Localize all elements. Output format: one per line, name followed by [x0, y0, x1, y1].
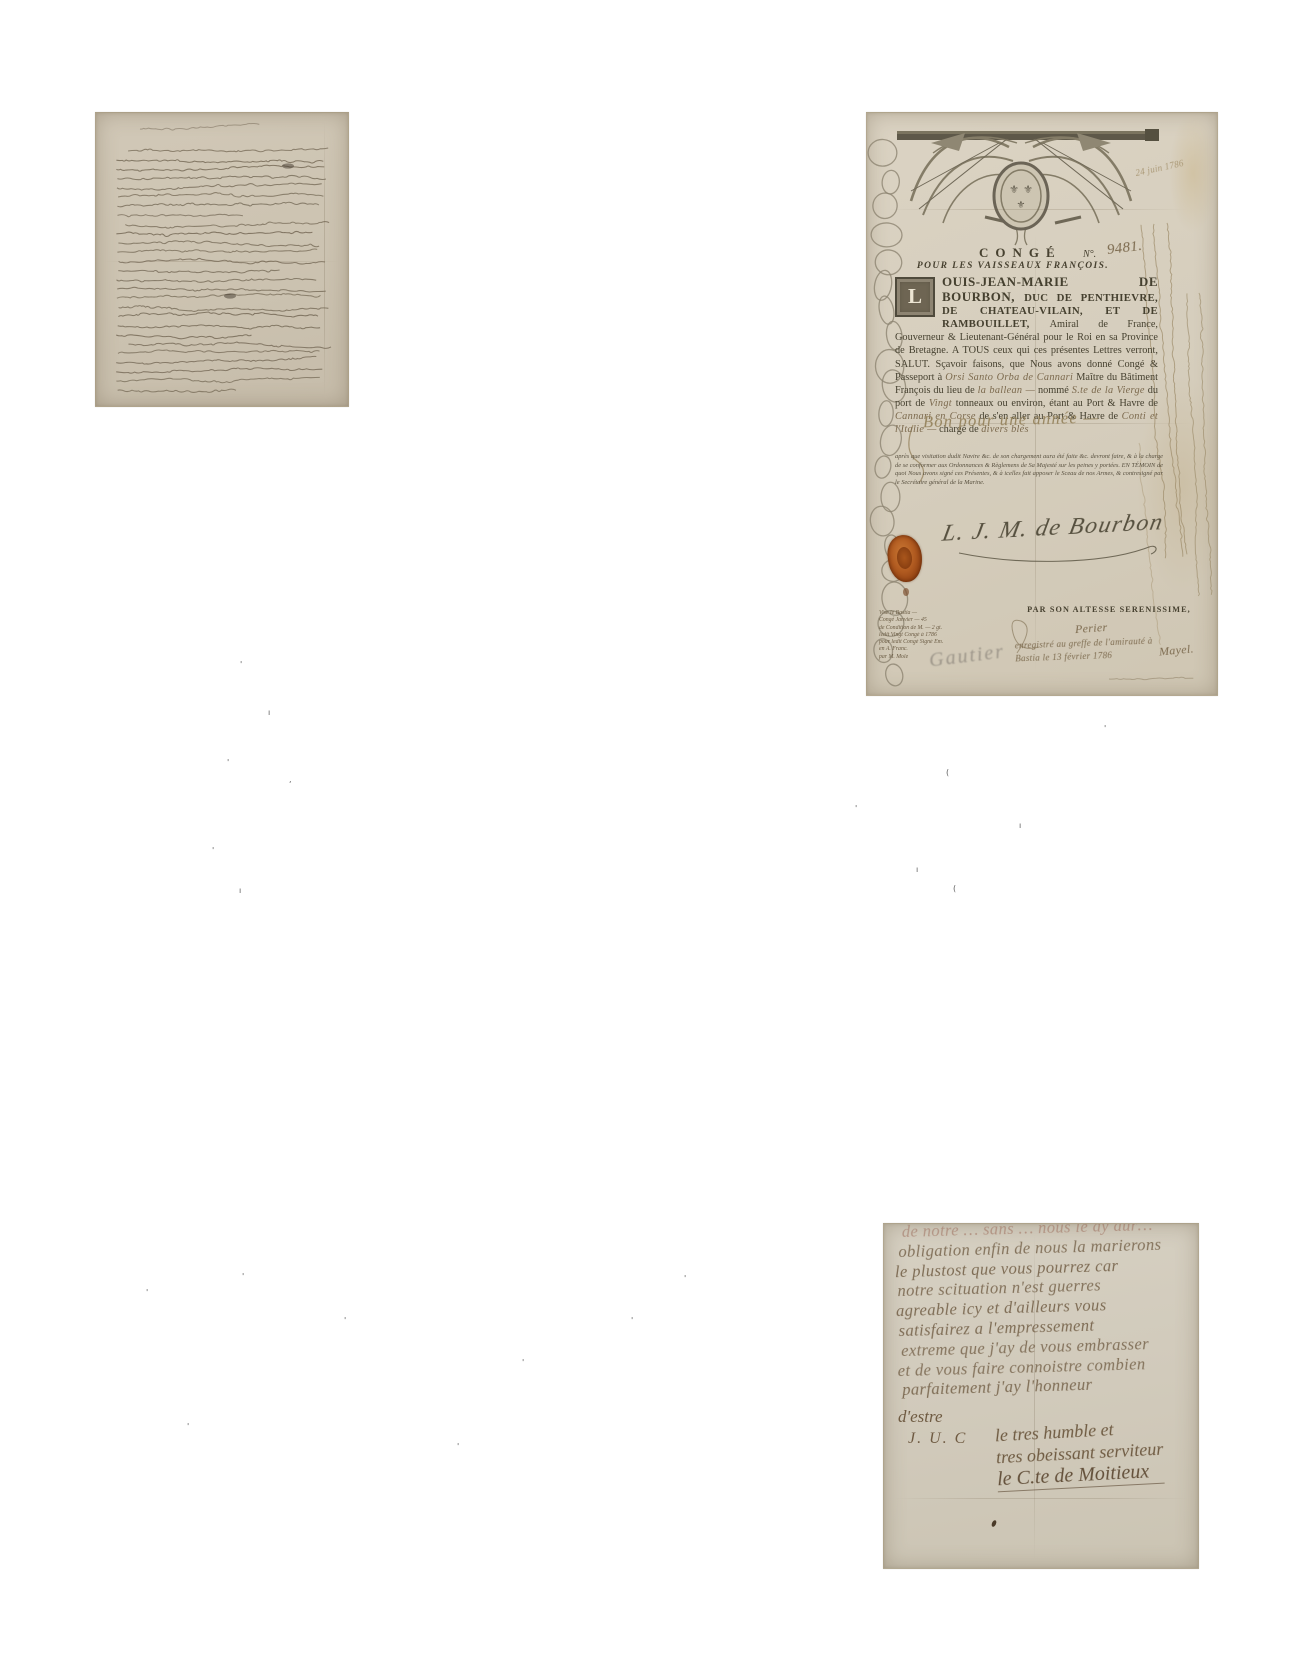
fee-line: Congé Janvier — 45 — [879, 617, 1011, 624]
stray-mark: ' — [855, 804, 857, 813]
dropcap-ornament-box: L — [895, 277, 935, 317]
body-segment: tonneaux ou environ, étant au Port & Hav… — [952, 398, 1158, 409]
stray-mark: ı — [239, 886, 241, 895]
stray-mark: ' — [240, 660, 242, 669]
body-segment: Orsi Santo Orba de Cannari — [945, 372, 1073, 383]
stray-mark: ' — [457, 1442, 459, 1451]
stray-mark: ' — [187, 1422, 189, 1431]
secretary-signature: Perier — [1075, 620, 1108, 637]
conge-subtitle: POUR LES VAISSEAUX FRANÇOIS. — [907, 261, 1119, 271]
stray-mark: ' — [1104, 724, 1106, 733]
stray-mark: ( — [946, 768, 949, 777]
closing-block: le tres humble et tres obeissant servite… — [994, 1416, 1165, 1493]
wax-drip — [903, 588, 909, 596]
fold-crease — [894, 1498, 1188, 1499]
body-segment: Vingt — [929, 398, 952, 409]
conge-fine-print: après que visitation dudit Navire &c. de… — [895, 453, 1163, 487]
closing-word: d'estre — [898, 1407, 943, 1427]
body-segment: nommé — [1035, 385, 1072, 396]
handwritten-letter-top-left — [95, 112, 349, 407]
stray-mark: ' — [344, 1316, 346, 1325]
stray-mark: ı — [1019, 821, 1021, 830]
ink-blot — [991, 1519, 998, 1527]
stray-mark: ' — [227, 758, 229, 767]
svg-text:⚜: ⚜ — [1023, 183, 1033, 196]
conge-title: CONGÉ — [979, 245, 1062, 261]
letter3-body-lines: de notre … sans … nous le ay aur…obligat… — [894, 1223, 1199, 1400]
stray-mark: ' — [212, 846, 214, 855]
stray-mark: ' — [522, 1358, 524, 1367]
letter1-handwriting — [96, 113, 348, 406]
bourbon-signature: L. J. M. de Bourbon — [931, 509, 1176, 549]
conge-number-label: N°. — [1083, 249, 1096, 260]
conge-number-handwritten: 9481. — [1106, 238, 1143, 259]
stray-mark: ' — [684, 1274, 686, 1283]
fold-crease — [104, 261, 340, 262]
corner-date-annotation: 24 juin 1786 — [1134, 158, 1184, 178]
body-segment: la ballean — — [978, 385, 1035, 396]
stray-mark: ' — [242, 1272, 244, 1281]
closing-initials: J. U. C — [908, 1430, 967, 1448]
stray-mark: ( — [953, 884, 956, 893]
stray-mark: ı — [916, 865, 918, 874]
body-segment: S.te de la Vierge — [1072, 385, 1145, 396]
scanned-archive-page: 'ı','ı'('ıı('''''''' ⚜⚜⚜ CONGÉ N°. 9481.… — [0, 0, 1313, 1680]
conge-ship-passport: ⚜⚜⚜ CONGÉ N°. 9481. POUR LES VAISSEAUX F… — [866, 112, 1218, 696]
stray-mark: ı — [268, 708, 270, 717]
svg-text:⚜: ⚜ — [1009, 183, 1019, 196]
svg-text:⚜: ⚜ — [1017, 200, 1026, 211]
stray-mark: , — [289, 775, 292, 784]
altesse-line: PAR SON ALTESSE SERENISSIME, — [1009, 605, 1209, 614]
stray-mark: ' — [631, 1316, 633, 1325]
dropcap-letter: L — [908, 290, 922, 303]
registration-note: enregistré au greffe de l'amirauté à Bas… — [1015, 635, 1154, 666]
fee-line: ledit Vingt Congé à 1786 — [879, 632, 1011, 639]
fold-crease — [887, 209, 1187, 210]
stray-mark: ' — [146, 1288, 148, 1297]
registrar-signature: Mayel. — [1158, 642, 1194, 660]
fold-crease — [324, 121, 325, 397]
handwritten-letter-bottom-right: de notre … sans … nous le ay aur…obligat… — [883, 1223, 1199, 1569]
fee-line: de Condition de M. — 2 gt. — [879, 625, 1011, 632]
